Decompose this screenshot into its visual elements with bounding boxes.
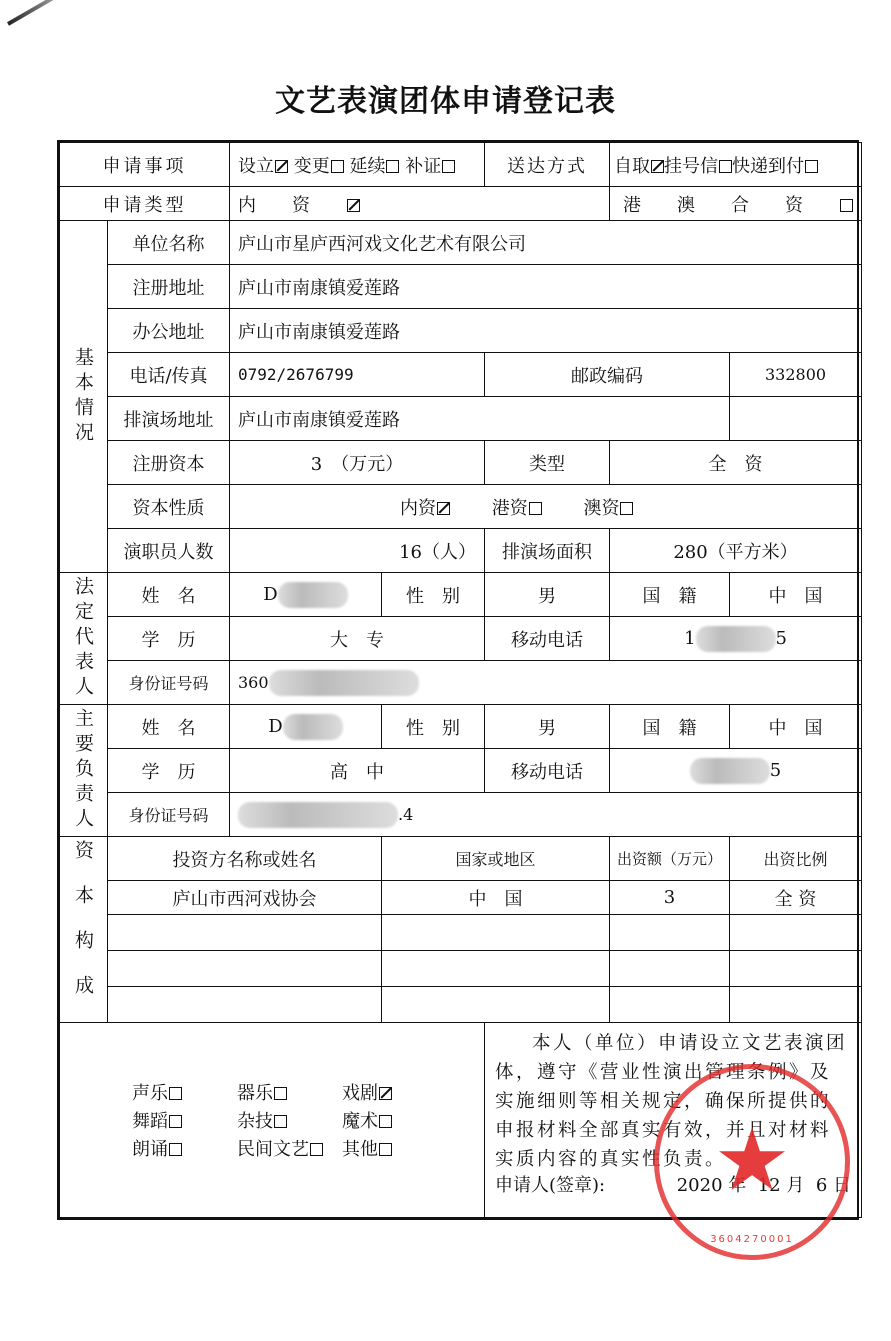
type-dance: 舞蹈 [132, 1107, 237, 1133]
legal-rep-education-label: 学 历 [108, 617, 230, 661]
unit-name-label: 单位名称 [108, 221, 230, 265]
redaction-blur [283, 714, 343, 740]
application-item-label: 申请事项 [60, 143, 230, 187]
declaration-text: 本人（单位）申请设立文艺表演团体，遵守《营业性演出管理条例》及实施细则等相关规定… [495, 1029, 851, 1174]
reg-capital-label: 注册资本 [108, 441, 230, 485]
checkbox-self-pickup[interactable] [651, 160, 664, 173]
venue-address-label: 排演场地址 [108, 397, 230, 441]
checkbox-establish[interactable] [275, 160, 288, 173]
checkbox-change[interactable] [331, 160, 344, 173]
checkbox-domestic[interactable] [347, 199, 360, 212]
capital-ratio-cell: 全 资 [730, 881, 862, 915]
checkbox-dance[interactable] [169, 1115, 182, 1128]
principal-education-label: 学 历 [108, 749, 230, 793]
capital-region-cell: 中 国 [382, 881, 610, 915]
office-address-label: 办公地址 [108, 309, 230, 353]
capital-ratio-cell [730, 987, 862, 1023]
legal-rep-edu-row: 学 历 大 专 移动电话 15 [60, 617, 862, 661]
application-type-label: 申请类型 [60, 187, 230, 221]
checkbox-capital-domestic[interactable] [437, 502, 450, 515]
capital-header-amount: 出资额（万元） [610, 837, 730, 881]
principal-id-row: 身份证号码 .4 [60, 793, 862, 837]
principal-gender-label: 性 别 [382, 705, 485, 749]
capital-region-cell [382, 987, 610, 1023]
checkbox-acrobatics[interactable] [274, 1115, 287, 1128]
capital-row [60, 951, 862, 987]
checkbox-hkmo[interactable] [840, 199, 853, 212]
basic-info-section-label: 基本情况 [60, 221, 108, 573]
legal-rep-id-row: 身份证号码 360 [60, 661, 862, 705]
capital-row [60, 915, 862, 951]
signer-label: 申请人(签章): [495, 1171, 605, 1197]
staff-count-value: 16（人） [230, 529, 485, 573]
venue-area-label: 排演场面积 [485, 529, 610, 573]
checkbox-capital-hk[interactable] [529, 502, 542, 515]
office-address-row: 办公地址 庐山市南康镇爱莲路 [60, 309, 862, 353]
unit-name-value: 庐山市星庐西河戏文化艺术有限公司 [230, 221, 862, 265]
legal-rep-nationality-value: 中 国 [730, 573, 862, 617]
capital-investor-cell [108, 987, 382, 1023]
legal-rep-name-label: 姓 名 [108, 573, 230, 617]
application-item-row: 申请事项 设立 变更 延续 补证 送达方式 自取挂号信快递到付 [60, 143, 862, 187]
unit-name-row: 基本情况 单位名称 庐山市星庐西河戏文化艺术有限公司 [60, 221, 862, 265]
checkbox-other[interactable] [379, 1143, 392, 1156]
redaction-blur [690, 758, 770, 784]
checkbox-vocal[interactable] [169, 1087, 182, 1100]
checkbox-magic[interactable] [379, 1115, 392, 1128]
redaction-blur [269, 670, 419, 696]
postcode-label: 邮政编码 [485, 353, 730, 397]
legal-rep-mobile-label: 移动电话 [485, 617, 610, 661]
legal-rep-nationality-label: 国 籍 [610, 573, 730, 617]
reg-address-value: 庐山市南康镇爱莲路 [230, 265, 862, 309]
checkbox-reissue[interactable] [442, 160, 455, 173]
type-instrumental: 器乐 [237, 1079, 342, 1105]
principal-education-value: 高 中 [230, 749, 485, 793]
legal-rep-id-value: 360 [230, 661, 862, 705]
performance-types: 声乐 器乐 戏剧 舞蹈 杂技 魔术 朗诵 民间文艺 其他 [60, 1023, 485, 1218]
capital-header-ratio: 出资比例 [730, 837, 862, 881]
registration-form: 申请事项 设立 变更 延续 补证 送达方式 自取挂号信快递到付 申请类型 内 资… [57, 140, 859, 1220]
principal-mobile-value: 5 [610, 749, 862, 793]
checkbox-recitation[interactable] [169, 1143, 182, 1156]
principal-name-value: D [230, 705, 382, 749]
legal-rep-education-value: 大 专 [230, 617, 485, 661]
delivery-method-options: 自取挂号信快递到付 [610, 143, 862, 187]
category-label: 类型 [485, 441, 610, 485]
seal-code: 3604270001 [659, 1234, 845, 1245]
checkbox-express-cod[interactable] [805, 160, 818, 173]
principal-id-label: 身份证号码 [108, 793, 230, 837]
legal-rep-mobile-value: 15 [610, 617, 862, 661]
principal-nationality-label: 国 籍 [610, 705, 730, 749]
type-acrobatics: 杂技 [237, 1107, 342, 1133]
legal-rep-name-value: D [230, 573, 382, 617]
office-address-value: 庐山市南康镇爱莲路 [230, 309, 862, 353]
phone-row: 电话/传真 0792/2676799 邮政编码 332800 [60, 353, 862, 397]
category-value: 全 资 [610, 441, 862, 485]
application-type-domestic: 内 资 [230, 187, 610, 221]
redaction-blur [696, 626, 776, 652]
pen-tip [7, 0, 61, 26]
principal-nationality-value: 中 国 [730, 705, 862, 749]
capital-amount-cell: 3 [610, 881, 730, 915]
capital-nature-options: 内资 港资 澳资 [230, 485, 862, 529]
capital-amount-cell [610, 987, 730, 1023]
venue-area-value: 280（平方米） [610, 529, 862, 573]
legal-rep-name-row: 法定代表人 姓 名 D 性 别 男 国 籍 中 国 [60, 573, 862, 617]
application-item-options: 设立 变更 延续 补证 [230, 143, 485, 187]
principal-mobile-label: 移动电话 [485, 749, 610, 793]
signature-line: 申请人(签章): 2020 年 12 月 6 日 [495, 1171, 851, 1197]
postcode-value: 332800 [730, 353, 862, 397]
type-vocal: 声乐 [132, 1079, 237, 1105]
delivery-method-label: 送达方式 [485, 143, 610, 187]
principal-name-row: 主要负责人 姓 名 D 性 别 男 国 籍 中 国 [60, 705, 862, 749]
capital-row [60, 987, 862, 1023]
checkbox-registered-mail[interactable] [719, 160, 732, 173]
reg-capital-value: 3 （万元） [230, 441, 485, 485]
type-recitation: 朗诵 [132, 1135, 237, 1161]
checkbox-drama[interactable] [379, 1087, 392, 1100]
form-title: 文艺表演团体申请登记表 [0, 76, 891, 120]
checkbox-instrumental[interactable] [274, 1087, 287, 1100]
legal-rep-gender-label: 性 别 [382, 573, 485, 617]
capital-investor-cell: 庐山市西河戏协会 [108, 881, 382, 915]
capital-header-region: 国家或地区 [382, 837, 610, 881]
phone-label: 电话/传真 [108, 353, 230, 397]
checkbox-capital-mo[interactable] [620, 502, 633, 515]
bottom-row: 声乐 器乐 戏剧 舞蹈 杂技 魔术 朗诵 民间文艺 其他 本人（单位）申请设立文… [60, 1023, 862, 1218]
reg-capital-row: 注册资本 3 （万元） 类型 全 资 [60, 441, 862, 485]
legal-rep-gender-value: 男 [485, 573, 610, 617]
type-other: 其他 [342, 1135, 432, 1161]
capital-header-row: 资本构成 投资方名称或姓名 国家或地区 出资额（万元） 出资比例 [60, 837, 862, 881]
venue-address-value: 庐山市南康镇爱莲路 [230, 397, 730, 441]
legal-rep-section-label: 法定代表人 [60, 573, 108, 705]
staff-count-label: 演职员人数 [108, 529, 230, 573]
type-drama: 戏剧 [342, 1079, 432, 1105]
capital-ratio-cell [730, 951, 862, 987]
capital-region-cell [382, 915, 610, 951]
reg-address-label: 注册地址 [108, 265, 230, 309]
redaction-blur [278, 582, 348, 608]
capital-amount-cell [610, 951, 730, 987]
venue-address-extra [730, 397, 862, 441]
capital-structure-section-label: 资本构成 [60, 837, 108, 1023]
declaration: 本人（单位）申请设立文艺表演团体，遵守《营业性演出管理条例》及实施细则等相关规定… [485, 1023, 862, 1218]
capital-ratio-cell [730, 915, 862, 951]
capital-amount-cell [610, 915, 730, 951]
reg-address-row: 注册地址 庐山市南康镇爱莲路 [60, 265, 862, 309]
application-type-hkmo: 港 澳 合 资 [610, 187, 862, 221]
checkbox-extend[interactable] [386, 160, 399, 173]
type-magic: 魔术 [342, 1107, 432, 1133]
capital-header-investor: 投资方名称或姓名 [108, 837, 382, 881]
capital-nature-label: 资本性质 [108, 485, 230, 529]
capital-investor-cell [108, 915, 382, 951]
phone-value: 0792/2676799 [230, 353, 485, 397]
capital-investor-cell [108, 951, 382, 987]
capital-region-cell [382, 951, 610, 987]
staff-row: 演职员人数 16（人） 排演场面积 280（平方米） [60, 529, 862, 573]
principal-name-label: 姓 名 [108, 705, 230, 749]
principal-gender-value: 男 [485, 705, 610, 749]
capital-row: 庐山市西河戏协会 中 国 3 全 资 [60, 881, 862, 915]
capital-nature-row: 资本性质 内资 港资 澳资 [60, 485, 862, 529]
legal-rep-id-label: 身份证号码 [108, 661, 230, 705]
type-folk-art: 民间文艺 [237, 1135, 342, 1161]
venue-address-row: 排演场地址 庐山市南康镇爱莲路 [60, 397, 862, 441]
application-type-row: 申请类型 内 资 港 澳 合 资 [60, 187, 862, 221]
sign-date: 2020 年 12 月 6 日 [677, 1171, 851, 1197]
redaction-blur [238, 802, 398, 828]
principal-section-label: 主要负责人 [60, 705, 108, 837]
principal-edu-row: 学 历 高 中 移动电话 5 [60, 749, 862, 793]
principal-id-value: .4 [230, 793, 862, 837]
checkbox-folk-art[interactable] [310, 1143, 323, 1156]
